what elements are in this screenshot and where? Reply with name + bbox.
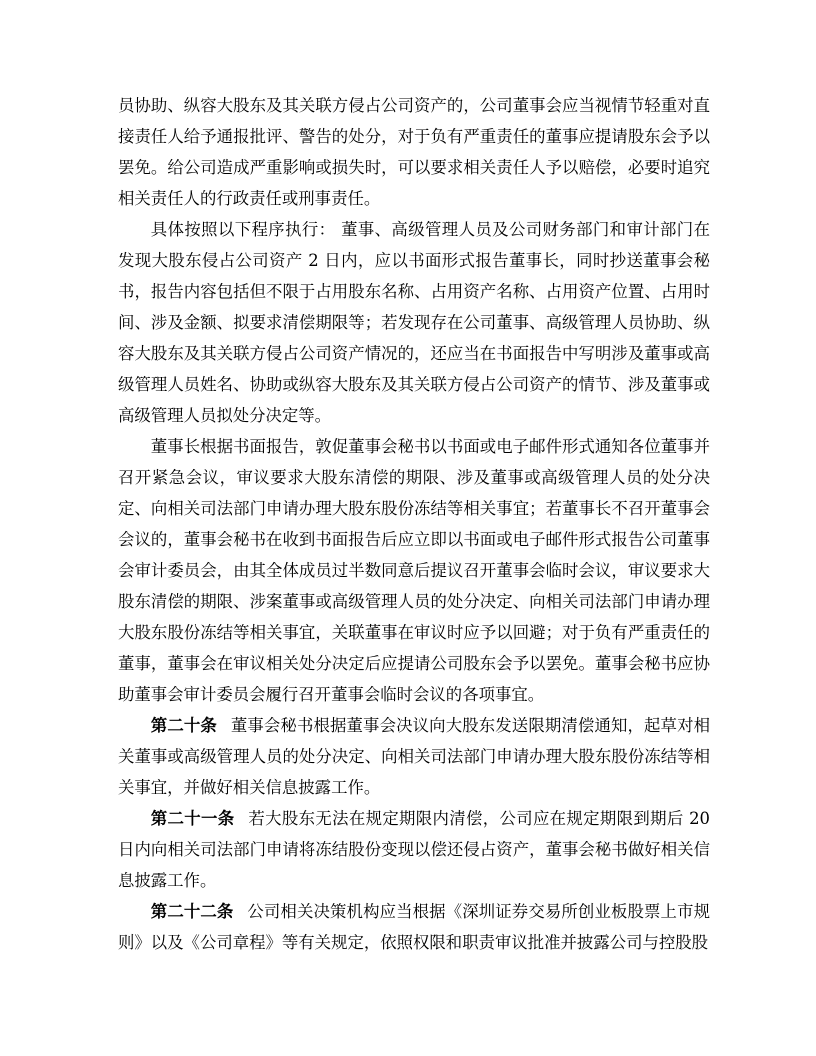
article-21-number: 第二十一条 — [151, 809, 249, 828]
paragraph-article-21: 第二十一条若大股东无法在规定期限内清偿，公司应在规定期限到期后 20 日内向相关… — [118, 803, 710, 896]
paragraph-chairman-report: 董事长根据书面报告，敦促董事会秘书以书面或电子邮件形式通知各位董事并召开紧急会议… — [118, 431, 710, 710]
paragraph-article-22: 第二十二条公司相关决策机构应当根据《深圳证券交易所创业板股票上市规则》以及《公司… — [118, 896, 710, 958]
document-page: 员协助、纵容大股东及其关联方侵占公司资产的，公司董事会应当视情节轻重对直接责任人… — [0, 0, 816, 1056]
paragraph-article-20: 第二十条董事会秘书根据董事会决议向大股东发送限期清偿通知，起草对相关董事或高级管… — [118, 710, 710, 803]
article-20-number: 第二十条 — [151, 716, 231, 735]
paragraph-procedure: 具体按照以下程序执行： 董事、高级管理人员及公司财务部门和审计部门在发现大股东侵… — [118, 214, 710, 431]
document-content: 员协助、纵容大股东及其关联方侵占公司资产的，公司董事会应当视情节轻重对直接责任人… — [118, 90, 710, 958]
article-22-number: 第二十二条 — [151, 902, 248, 921]
paragraph-continuation: 员协助、纵容大股东及其关联方侵占公司资产的，公司董事会应当视情节轻重对直接责任人… — [118, 90, 710, 214]
